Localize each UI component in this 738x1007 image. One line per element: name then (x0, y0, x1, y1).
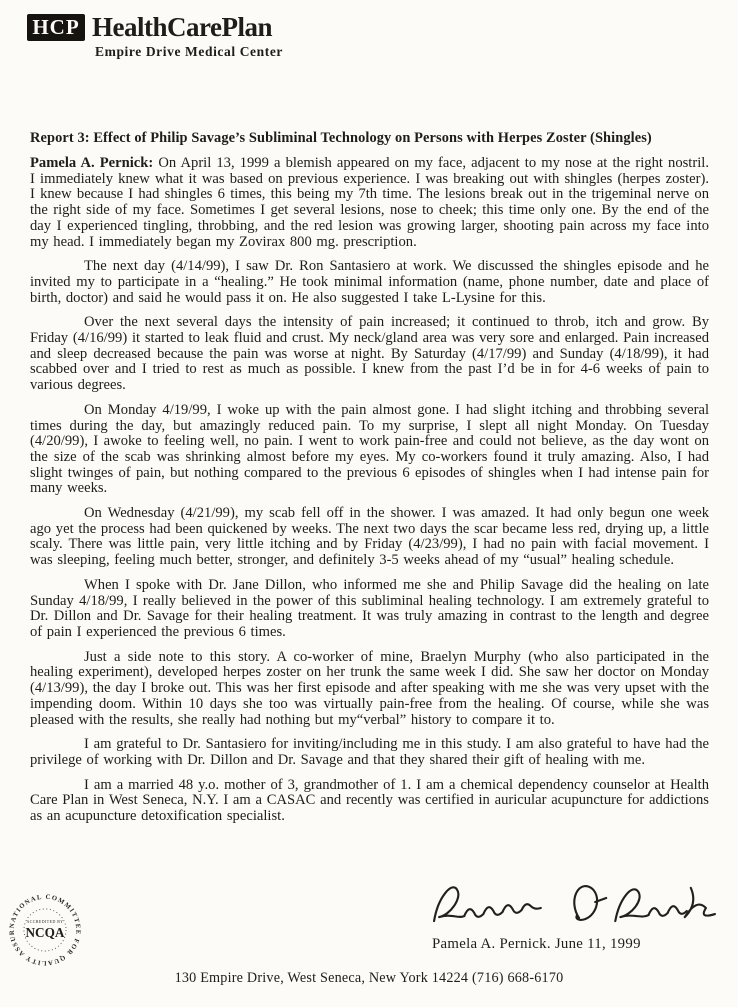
typed-signature-line: Pamela A. Pernick. June 11, 1999 (432, 936, 641, 953)
seal-top-text: ACCREDITED BY (26, 920, 63, 924)
letterhead: HCP HealthCarePlan Empire Drive Medical … (27, 12, 283, 60)
paragraphs: Pamela A. Pernick: On April 13, 1999 a b… (30, 156, 709, 825)
paragraph: Just a side note to this story. A co-wor… (30, 650, 709, 729)
paragraph: On Monday 4/19/99, I woke up with the pa… (30, 403, 709, 497)
handwritten-signature-icon (428, 874, 720, 938)
ncqa-seal-icon: NATIONAL COMMITTEE FOR QUALITY ASSURANCE… (6, 891, 84, 969)
scanned-letter-page: HCP HealthCarePlan Empire Drive Medical … (0, 0, 738, 1007)
document-body: Report 3: Effect of Philip Savage’s Subl… (30, 130, 709, 834)
paragraph: I am a married 48 y.o. mother of 3, gran… (30, 778, 709, 825)
paragraph: I am grateful to Dr. Santasiero for invi… (30, 737, 709, 768)
paragraph: Over the next several days the intensity… (30, 315, 709, 394)
org-name: HealthCarePlan (92, 12, 272, 43)
logo-acronym: HCP (32, 15, 79, 40)
paragraph: Pamela A. Pernick: On April 13, 1999 a b… (30, 156, 709, 250)
paragraph: On Wednesday (4/21/99), my scab fell off… (30, 506, 709, 569)
seal-center-text: NCQA (25, 925, 64, 940)
paragraph: When I spoke with Dr. Jane Dillon, who i… (30, 578, 709, 641)
hcp-logo-icon: HCP (27, 14, 85, 41)
report-title: Report 3: Effect of Philip Savage’s Subl… (30, 130, 709, 146)
org-subtitle: Empire Drive Medical Center (95, 44, 283, 60)
paragraph: The next day (4/14/99), I saw Dr. Ron Sa… (30, 259, 709, 306)
paragraph-lead: Pamela A. Pernick: (30, 155, 158, 171)
footer-address: 130 Empire Drive, West Seneca, New York … (0, 970, 738, 987)
